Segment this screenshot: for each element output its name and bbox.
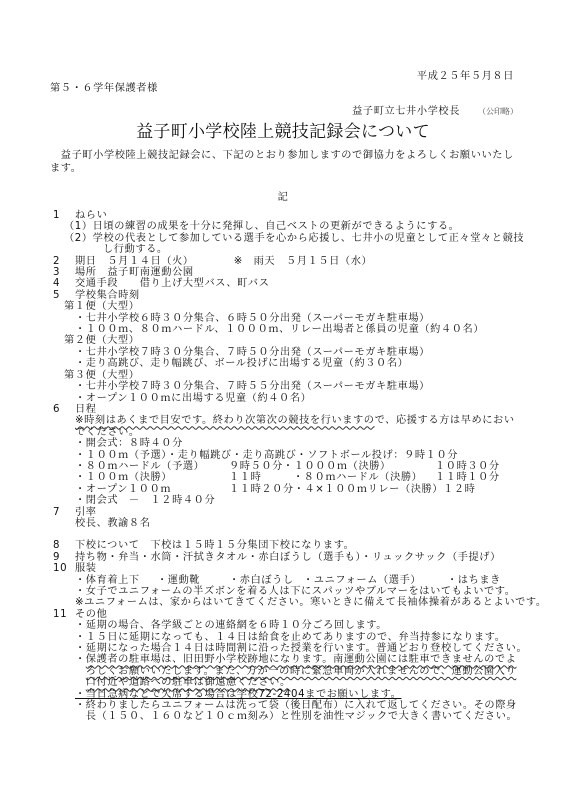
section-label: ねらい [75, 210, 107, 221]
note-mark: ※ [234, 256, 243, 267]
transport-value: 借り上げ大型バス、町バス [140, 278, 270, 289]
bus-group-3-line: ・オープン１００ｍに出場する児童（約４０名） [53, 393, 553, 404]
section-number: 1 [53, 210, 75, 221]
section-number: 10 [53, 563, 75, 574]
section-label: 日程 [75, 404, 97, 415]
parking-note-cont: ろしくお願いいたします。また、万が一の時に緊急車両が入れませんので、運動公園入り [53, 666, 553, 677]
seal-omitted-note: （公印略） [478, 107, 518, 116]
uniform-return-cont: 長（１５０、１６０など１０ｃｍ刻み）と性別を油性マジックで大きく書いてください。 [53, 711, 553, 722]
aim-item-2: （2）学校の代表として参加している選手を心から応援し、七井小の児童として正々堂々… [53, 233, 553, 244]
section-belongings: 9持ち物・弁当・水筒・汗拭きタオル・赤白ぼうし（選手も）・リュックサック（手提げ… [53, 552, 553, 563]
ki-heading: 記 [0, 191, 566, 204]
other-item: ・延期になった場合１４日は時間割に沿った授業を行います。普通どおり登校してくださ… [53, 643, 553, 654]
event-date: ５月１４日（火） [107, 256, 193, 267]
bus-group-2-line: ・七井小学校７時３０分集合、７時５０分出発（スーパーモガキ駐車場） [53, 347, 553, 358]
schedule-row: ・オープン１００ｍ１１時２０分・４×１００ｍリレー（決勝）１２時 [53, 484, 553, 495]
other-item: ・延期の場合、各学級ごとの連絡網を６時１０分ごろ回します。 [53, 620, 553, 631]
other-item: ・１５日に延期になっても、１４日は給食を止めてありますので、弁当持参になります。 [53, 632, 553, 643]
schedule-time: １１時 [229, 472, 293, 483]
parking-note-cont: 口付近や道路への駐車は御遠慮ください。 [53, 677, 553, 688]
uniform-return: ・終わりましたらユニフォームは洗って袋（後日配布）に入れて返してください。その際… [53, 700, 553, 711]
schedule-row: ・８０ｍハードル（予選）９時５０分・１０００ｍ（決勝）１０時３０分 [53, 461, 553, 472]
clothing-items: ・体育着上下・運動靴・赤白ぼうし・ユニフォーム（選手）・はちまき [53, 575, 553, 586]
section-label: 期日 [75, 256, 97, 267]
uniform-return-text: 長（１５０、１６０など１０ｃｍ刻み）と性別を油性マジックで大きく書いてください。 [86, 711, 518, 722]
section-assembly-time: 5学校集合時刻 [53, 290, 553, 301]
parking-note: ・保護者の駐車場は、旧田野小学校跡地になります。南運動公園には駐車できませんので… [53, 654, 553, 665]
section-label: 下校について [75, 540, 140, 551]
document-date: 平成２５年５月８日 [417, 70, 514, 83]
place-value: 益子町南運動公園 [107, 267, 193, 278]
intro-paragraph: 益子町小学校陸上競技記録会に、下記のとおり参加しますので御協力をよろしくお願いい… [50, 150, 520, 175]
document-page: 平成２５年５月８日 第５・６学年保護者様 益子町立七井小学校長（公印略） 益子町… [0, 0, 566, 800]
bus-group-1-line: ・１００ｍ、８０ｍハードル、１０００ｍ、リレー出場者と係員の児童（約４０名） [53, 324, 553, 335]
bus-group-2: 第２便（大型） [53, 335, 553, 346]
schedule-row: ・閉会式 － １２時４０分 [53, 495, 553, 506]
clothing-note: ※ユニフォームは、家からはいてきてください。寒いときに備えて長袖体操着があるとよ… [53, 597, 553, 608]
schedule-note-cont: でください。 [53, 427, 553, 438]
section-dismissal: 8下校について 下校は１５時１５分集団下校になります。 [53, 540, 553, 551]
schedule-row: ・開会式：８時４０分 [53, 438, 553, 449]
bullet: ・ [75, 654, 86, 665]
section-number: 9 [53, 552, 75, 563]
section-clothing: 10服装 [53, 563, 553, 574]
rain-label: 雨天 [254, 256, 276, 267]
parking-note-line: 口付近や道路への駐車は御遠慮ください。 [86, 677, 291, 688]
schedule-time: １１時１０分 [435, 472, 500, 483]
section-number: 4 [53, 278, 75, 289]
schedule-note-rest: で、応援する方は早めにおい [375, 415, 515, 426]
clothing-note: ・女子でユニフォームの半ズボンを着る人は下にスパッツやブルマーをはいてもよいです… [53, 586, 553, 597]
absence-contact: ・当日急病などで欠席する場合は学校72-2404までお願いします。 [53, 689, 553, 700]
bus-group-3: 第３便（大型） [53, 370, 553, 381]
aim-item-2-cont: し行動する。 [53, 244, 553, 255]
section-place: 3場所 益子町南運動公園 [53, 267, 553, 278]
schedule-time-event: １１時２０分・４×１００ｍリレー（決勝）１２時 [229, 484, 475, 495]
bus-group-1-line: ・七井小学校６時３０分集合、６時５０分出発（スーパーモガキ駐車場） [53, 313, 553, 324]
section-label: 交通手段 [75, 278, 118, 289]
schedule-event: ・１００ｍ（決勝） [75, 472, 229, 483]
section-date: 2期日 ５月１４日（火）※ 雨天 ５月１５日（水） [53, 256, 553, 267]
aim-item-1: （1）日頃の練習の成果を十分に発揮し、自己ベストの更新ができるようにする。 [53, 221, 553, 232]
clothing-item: ・体育着上下 [75, 575, 157, 586]
rain-date: ５月１５日（水） [286, 256, 372, 267]
section-chaperones: 7引率 [53, 507, 553, 518]
schedule-event: ・８０ｍハードル（予選） [75, 461, 229, 472]
section-number: 5 [53, 290, 75, 301]
bus-group-2-line: ・走り高跳び、走り幅跳び、ボール投げに出場する児童（約３０名） [53, 358, 553, 369]
clothing-item: ・運動靴 [157, 575, 229, 586]
section-number: 2 [53, 256, 75, 267]
addressee: 第５・６学年保護者様 [50, 82, 158, 95]
section-other: 11その他 [53, 609, 553, 620]
clothing-item: ・ユニフォーム（選手） [303, 575, 447, 586]
schedule-note: ※時刻はあくまで目安です。終わり次第次の競技を行いますので、応援する方は早めにお… [53, 415, 553, 426]
absence-contact-text: ・当日急病などで欠席する場合は学校72-2404までお願いします。 [75, 689, 401, 700]
section-schedule: 6日程 [53, 404, 553, 415]
intro-text: 益子町小学校陸上競技記録会に、下記のとおり参加しますので御協力をよろしくお願いい… [50, 150, 514, 174]
parking-note-line: ろしくお願いいたします。また、万が一の時に緊急車両が入れませんので、運動公園入り [86, 666, 516, 677]
section-label: 場所 [75, 267, 97, 278]
chaperones-value: 校長、教諭８名 [53, 518, 553, 529]
schedule-event: ・８０ｍハードル（決勝） [293, 472, 435, 483]
clothing-item: ・はちまき [447, 575, 501, 586]
section-number: 3 [53, 267, 75, 278]
parking-note-line: 保護者の駐車場は、旧田野小学校跡地になります。南運動公園には駐車できませんのでよ [86, 654, 517, 665]
document-title: 益子町小学校陸上競技記録会について [0, 122, 566, 142]
section-label: 学校集合時刻 [75, 290, 140, 301]
section-label: 引率 [75, 507, 97, 518]
section-label: その他 [75, 609, 107, 620]
document-body: 1ねらい （1）日頃の練習の成果を十分に発揮し、自己ベストの更新ができるようにす… [53, 210, 553, 723]
schedule-row: ・１００ｍ（決勝）１１時・８０ｍハードル（決勝）１１時１０分 [53, 472, 553, 483]
section-transport: 4交通手段 借り上げ大型バス、町バス [53, 278, 553, 289]
section-number: 6 [53, 404, 75, 415]
bus-group-1: 第１便（大型） [53, 301, 553, 312]
schedule-note-underlined: ※時刻はあくまで目安です。終わり次第次の競技を行いますの [75, 415, 375, 426]
belongings-value: 持ち物・弁当・水筒・汗拭きタオル・赤白ぼうし（選手も）・リュックサック（手提げ） [75, 552, 501, 563]
dismissal-value: 下校は１５時１５分集団下校になります。 [150, 540, 354, 551]
section-label: 服装 [75, 563, 97, 574]
clothing-item: ・赤白ぼうし [229, 575, 303, 586]
schedule-event: ・オープン１００ｍ [75, 484, 229, 495]
section-number: 7 [53, 507, 75, 518]
section-number: 8 [53, 540, 75, 551]
schedule-row: ・１００ｍ（予選）・走り幅跳び・走り高跳び・ソフトボール投げ：９時１０分 [53, 450, 553, 461]
section-aim: 1ねらい [53, 210, 553, 221]
section-number: 11 [53, 609, 75, 620]
schedule-time-event: ９時５０分・１０００ｍ（決勝） [229, 461, 435, 472]
sender-name: 益子町立七井小学校長 [352, 106, 460, 117]
sender: 益子町立七井小学校長（公印略） [352, 105, 518, 118]
bus-group-3-line: ・七井小学校７時３０分集合、７時５５分出発（スーパーモガキ駐車場） [53, 381, 553, 392]
schedule-time: １０時３０分 [435, 461, 500, 472]
